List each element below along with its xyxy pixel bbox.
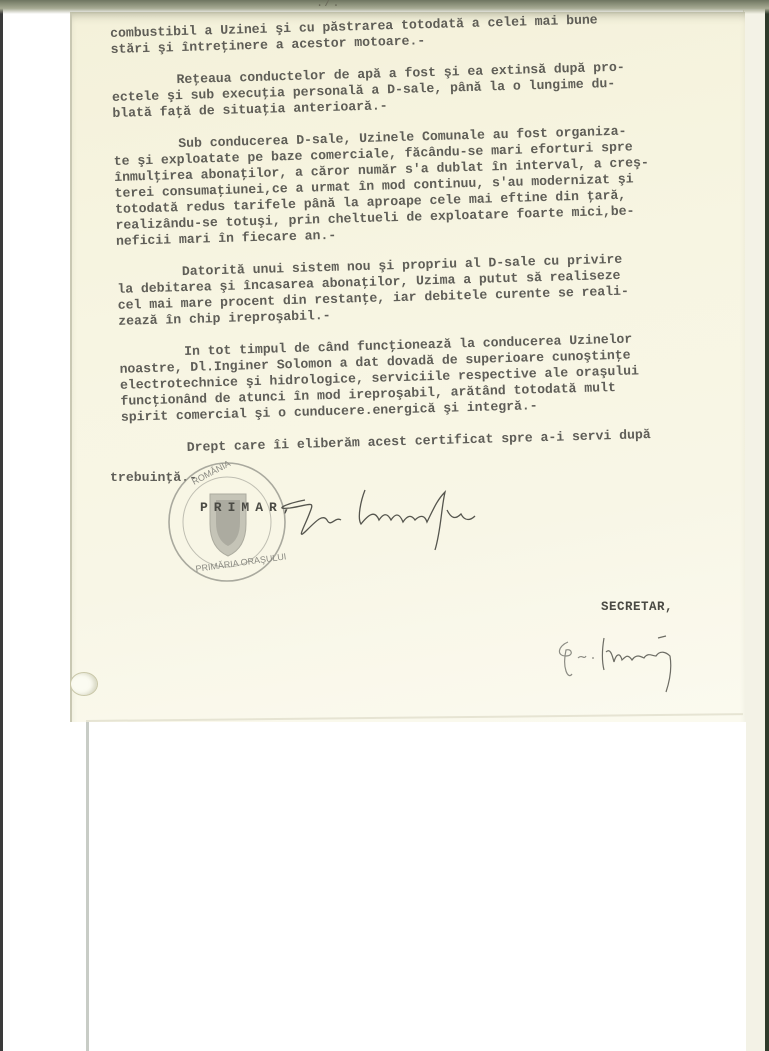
paragraph: Sub conducerea D-sale, Uzinele Comunale … [113, 121, 736, 250]
secretar-label: SECRETAR, [601, 600, 673, 614]
stamp-top-text: ROMÂNIA [190, 460, 232, 487]
scan-right-edge [765, 0, 769, 1051]
underlying-blank-sheet [86, 722, 746, 1051]
scan-left-edge [0, 0, 3, 1051]
secretar-signature-icon [548, 628, 688, 698]
scan-right-margin [743, 10, 766, 1051]
punch-hole [70, 672, 98, 696]
page-continuation-marker: ./. [316, 0, 341, 10]
document-body: combustibil a Uzinei şi cu păstrarea tot… [110, 9, 742, 458]
primar-signature-icon [265, 470, 535, 560]
